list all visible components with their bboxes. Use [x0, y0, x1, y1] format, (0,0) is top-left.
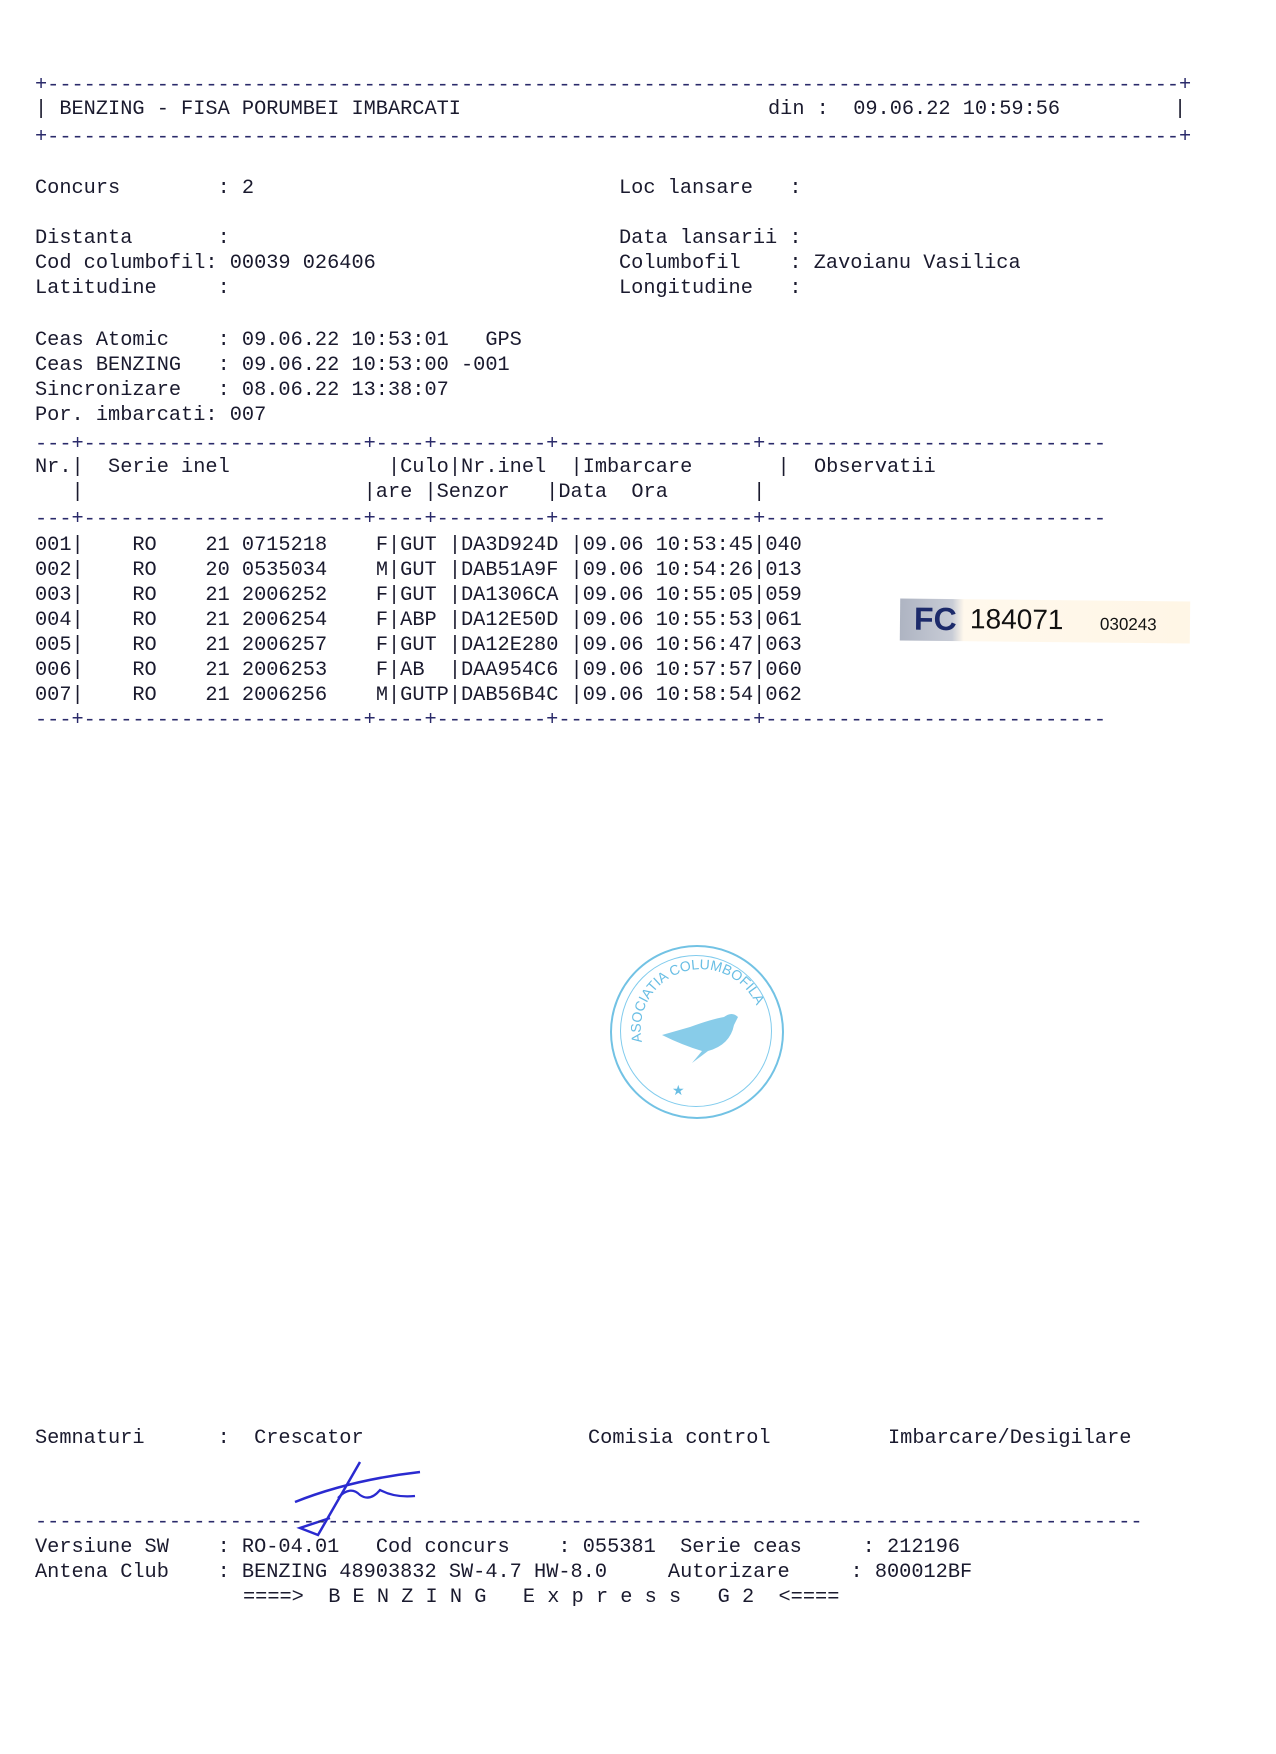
antena-club-value: BENZING 48903832 SW-4.7 HW-8.0 — [242, 1561, 607, 1584]
header-nr: Nr. — [35, 456, 72, 479]
table-row: 002| RO 20 0535034 M|GUT |DAB51A9F |09.0… — [35, 558, 802, 583]
distanta-label: Distanta — [35, 227, 218, 250]
sticker-prefix: FC — [914, 601, 957, 638]
row-year: 20 — [205, 559, 229, 582]
versiune-sw-label: Versiune SW — [35, 1536, 169, 1559]
info-distanta: Distanta : — [35, 226, 242, 251]
row-obs: 040 — [765, 534, 802, 557]
row-time: 10:54:26 — [656, 559, 753, 582]
ceas-atomic-source: GPS — [473, 329, 522, 352]
row-color: GUT — [400, 584, 449, 607]
row-sex: F — [376, 534, 388, 557]
row-date: 09.06 — [583, 534, 644, 557]
antena-club-label: Antena Club — [35, 1561, 169, 1584]
row-color: AB — [400, 659, 449, 682]
info-loc-lansare: Loc lansare : — [619, 176, 814, 201]
ceas-benzing-label: Ceas BENZING — [35, 354, 218, 377]
sincronizare-value: 08.06.22 13:38:07 — [242, 379, 449, 402]
ceas-benzing-value: 09.06.22 10:53:00 — [242, 354, 449, 377]
table-row: 007| RO 21 2006256 M|GUTP|DAB56B4C |09.0… — [35, 683, 802, 708]
info-data-lansarii: Data lansarii : — [619, 226, 814, 251]
table-row: 004| RO 21 2006254 F|ABP |DA12E50D |09.0… — [35, 608, 802, 633]
row-sex: F — [376, 659, 388, 682]
row-time: 10:55:05 — [656, 584, 753, 607]
header-border-bottom: +---------------------------------------… — [35, 125, 1191, 150]
header-culoare: Culo — [400, 456, 449, 479]
header-row: | BENZING - FISA PORUMBEI IMBARCATI — [35, 97, 461, 122]
table-row: 006| RO 21 2006253 F|AB |DAA954C6 |09.06… — [35, 658, 802, 683]
row-sex: F — [376, 584, 388, 607]
por-imbarcati-value: 007 — [230, 404, 267, 427]
row-sensor: DA3D924D — [461, 534, 558, 557]
table-border-mid: ---+-----------------------+----+-------… — [35, 507, 1106, 532]
clock-benzing: Ceas BENZING : 09.06.22 10:53:00 -001 — [35, 353, 510, 378]
pigeon-icon — [662, 1014, 738, 1063]
cod-columbofil-label: Cod columbofil — [35, 252, 205, 275]
table-header-row-2: | |are |Senzor |Data Ora | — [35, 480, 765, 505]
row-color: GUT — [400, 559, 449, 582]
row-country: RO — [132, 684, 156, 707]
row-obs: 062 — [765, 684, 802, 707]
header-border-top: +---------------------------------------… — [35, 73, 1191, 98]
row-nr: 003 — [35, 584, 72, 607]
footer-row-1: Versiune SW : RO-04.01 Cod concurs : 055… — [35, 1535, 960, 1560]
row-sensor: DA1306CA — [461, 584, 558, 607]
ceas-benzing-offset: -001 — [461, 354, 510, 377]
clock-sincronizare: Sincronizare : 08.06.22 13:38:07 — [35, 378, 449, 403]
row-date: 09.06 — [583, 584, 644, 607]
autorizare-value: 800012BF — [875, 1561, 972, 1584]
sticker-number: 184071 — [970, 603, 1064, 636]
row-sensor: DAB51A9F — [461, 559, 558, 582]
columbofil-label: Columbofil — [619, 252, 789, 275]
row-ring: 2006254 — [242, 609, 327, 632]
info-latitudine: Latitudine : — [35, 276, 242, 301]
row-year: 21 — [205, 534, 229, 557]
header-data-ora: Data Ora — [558, 481, 668, 504]
row-sensor: DAA954C6 — [461, 659, 558, 682]
row-obs: 013 — [765, 559, 802, 582]
document-title: BENZING - FISA PORUMBEI IMBARCATI — [59, 98, 461, 121]
latitudine-label: Latitudine — [35, 277, 218, 300]
row-date: 09.06 — [583, 609, 644, 632]
longitudine-label: Longitudine — [619, 277, 789, 300]
row-sensor: DA12E50D — [461, 609, 558, 632]
signature-crescator-label: Crescator — [254, 1427, 364, 1450]
table-border-top: ---+-----------------------+----+-------… — [35, 432, 1106, 457]
header-culoare-2: are — [376, 481, 413, 504]
row-year: 21 — [205, 634, 229, 657]
info-concurs: Concurs : 2 — [35, 176, 254, 201]
autorizare-label: Autorizare — [668, 1561, 790, 1584]
concurs-label: Concurs — [35, 177, 218, 200]
info-cod-columbofil: Cod columbofil: 00039 026406 — [35, 251, 376, 276]
ceas-atomic-label: Ceas Atomic — [35, 329, 218, 352]
row-color: GUTP — [400, 684, 449, 707]
din-value: 09.06.22 10:59:56 — [853, 98, 1060, 121]
row-country: RO — [132, 534, 156, 557]
table-row: 005| RO 21 2006257 F|GUT |DA12E280 |09.0… — [35, 633, 802, 658]
stamp-graphic: ASOCIATIA COLUMBOFILA ★ — [612, 947, 782, 1117]
row-obs: 059 — [765, 584, 802, 607]
row-sex: F — [376, 609, 388, 632]
svg-text:★: ★ — [672, 1082, 685, 1098]
association-stamp: ASOCIATIA COLUMBOFILA ★ — [610, 945, 784, 1119]
concurs-value: 2 — [242, 177, 254, 200]
row-time: 10:55:53 — [656, 609, 753, 632]
row-time: 10:53:45 — [656, 534, 753, 557]
loc-lansare-label: Loc lansare — [619, 177, 789, 200]
sticker-small-number: 030243 — [1100, 615, 1157, 636]
cod-concurs-value: 055381 — [583, 1536, 656, 1559]
info-columbofil: Columbofil : Zavoianu Vasilica — [619, 251, 1021, 276]
row-date: 09.06 — [583, 659, 644, 682]
table-row: 003| RO 21 2006252 F|GUT |DA1306CA |09.0… — [35, 583, 802, 608]
row-ring: 2006253 — [242, 659, 327, 682]
header-observatii: Observatii — [814, 456, 936, 479]
versiune-sw-value: RO-04.01 — [242, 1536, 339, 1559]
header-serie-inel: Serie inel — [108, 456, 230, 479]
row-country: RO — [132, 659, 156, 682]
sincronizare-label: Sincronizare — [35, 379, 218, 402]
row-year: 21 — [205, 684, 229, 707]
row-nr: 006 — [35, 659, 72, 682]
signatures-row: Semnaturi : Crescator — [35, 1426, 364, 1451]
row-color: ABP — [400, 609, 449, 632]
row-sex: M — [376, 559, 388, 582]
row-date: 09.06 — [583, 634, 644, 657]
row-sex: M — [376, 684, 388, 707]
row-time: 10:57:57 — [656, 659, 753, 682]
row-color: GUT — [400, 634, 449, 657]
row-ring: 2006256 — [242, 684, 327, 707]
row-nr: 007 — [35, 684, 72, 707]
row-country: RO — [132, 559, 156, 582]
row-ring: 0715218 — [242, 534, 327, 557]
serie-ceas-label: Serie ceas — [680, 1536, 802, 1559]
info-longitudine: Longitudine : — [619, 276, 814, 301]
row-nr: 005 — [35, 634, 72, 657]
row-country: RO — [132, 609, 156, 632]
ceas-atomic-value: 09.06.22 10:53:01 — [242, 329, 449, 352]
row-year: 21 — [205, 584, 229, 607]
row-obs: 060 — [765, 659, 802, 682]
signature-imbarcare-label: Imbarcare/Desigilare — [888, 1426, 1131, 1451]
row-nr: 001 — [35, 534, 72, 557]
signature-comisia-label: Comisia control — [588, 1426, 771, 1451]
data-lansarii-label: Data lansarii — [619, 227, 789, 250]
row-time: 10:58:54 — [656, 684, 753, 707]
row-nr: 002 — [35, 559, 72, 582]
header-imbarcare: Imbarcare — [583, 456, 693, 479]
footer-banner: ====> B E N Z I N G E x p r e s s G 2 <=… — [243, 1585, 839, 1610]
row-nr: 004 — [35, 609, 72, 632]
row-year: 21 — [205, 609, 229, 632]
row-sensor: DAB56B4C — [461, 684, 558, 707]
row-sensor: DA12E280 — [461, 634, 558, 657]
semnaturi-label: Semnaturi — [35, 1427, 145, 1450]
row-year: 21 — [205, 659, 229, 682]
columbofil-value: Zavoianu Vasilica — [814, 252, 1021, 275]
table-row: 001| RO 21 0715218 F|GUT |DA3D924D |09.0… — [35, 533, 802, 558]
table-border-bottom: ---+-----------------------+----+-------… — [35, 708, 1106, 733]
din-label: din : — [768, 98, 829, 121]
table-header-row-1: Nr.| Serie inel |Culo|Nr.inel |Imbarcare… — [35, 455, 936, 480]
header-senzor: Senzor — [437, 481, 510, 504]
clock-por-imbarcati: Por. imbarcati: 007 — [35, 403, 266, 428]
row-obs: 061 — [765, 609, 802, 632]
serie-ceas-value: 212196 — [887, 1536, 960, 1559]
row-ring: 2006257 — [242, 634, 327, 657]
row-color: GUT — [400, 534, 449, 557]
cod-columbofil-value: 00039 026406 — [230, 252, 376, 275]
row-country: RO — [132, 584, 156, 607]
row-time: 10:56:47 — [656, 634, 753, 657]
header-nr-inel: Nr.inel — [461, 456, 546, 479]
row-ring: 0535034 — [242, 559, 327, 582]
row-date: 09.06 — [583, 684, 644, 707]
row-ring: 2006252 — [242, 584, 327, 607]
ring-sticker: FC 184071 030243 — [900, 598, 1190, 643]
footer-row-2: Antena Club : BENZING 48903832 SW-4.7 HW… — [35, 1560, 972, 1585]
header-date: din : 09.06.22 10:59:56 — [768, 97, 1060, 122]
clock-atomic: Ceas Atomic : 09.06.22 10:53:01 GPS — [35, 328, 522, 353]
footer-divider: ----------------------------------------… — [35, 1510, 1143, 1535]
row-date: 09.06 — [583, 559, 644, 582]
por-imbarcati-label: Por. imbarcati — [35, 404, 205, 427]
row-country: RO — [132, 634, 156, 657]
header-left-bar: | — [35, 98, 59, 121]
cod-concurs-label: Cod concurs — [376, 1536, 510, 1559]
header-right-bar: | — [1174, 97, 1186, 122]
row-obs: 063 — [765, 634, 802, 657]
row-sex: F — [376, 634, 388, 657]
